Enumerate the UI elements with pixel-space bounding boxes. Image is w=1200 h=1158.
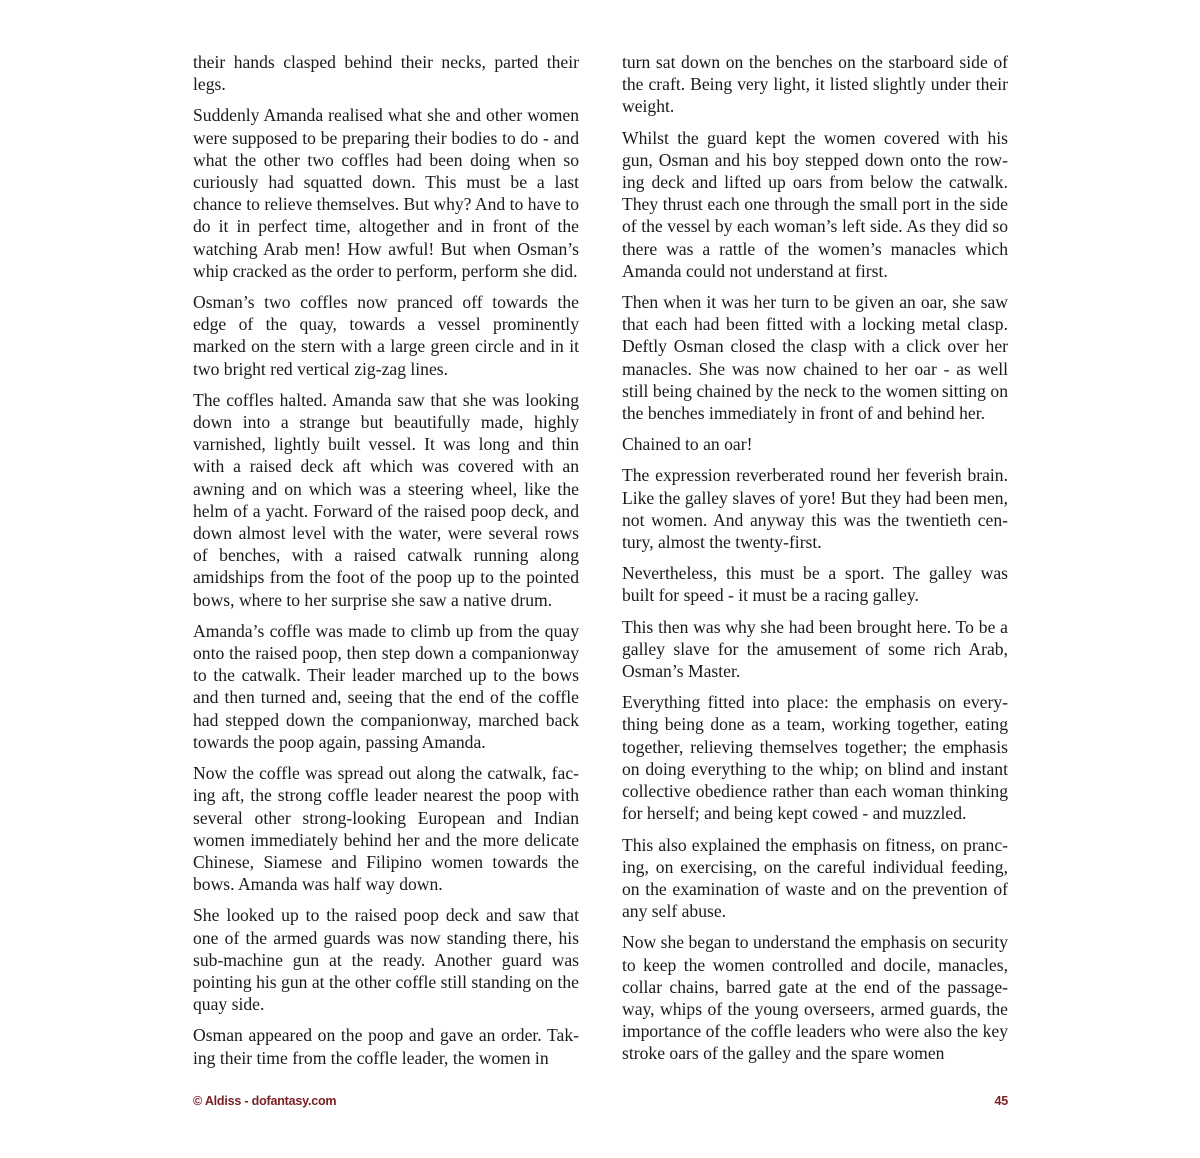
paragraph: She looked up to the raised poop deck an…	[193, 904, 579, 1015]
paragraph: Now the coffle was spread out along the …	[193, 762, 579, 895]
paragraph: The coffles halted. Amanda saw that she …	[193, 389, 579, 611]
paragraph: Whilst the guard kept the women covered …	[622, 127, 1008, 282]
paragraph: Then when it was her turn to be given an…	[622, 291, 1008, 424]
paragraph: Osman appeared on the poop and gave an o…	[193, 1024, 579, 1068]
paragraph: The expression reverberated round her fe…	[622, 464, 1008, 553]
paragraph: turn sat down on the benches on the star…	[622, 51, 1008, 118]
paragraph: Amanda’s coffle was made to climb up fro…	[193, 620, 579, 753]
paragraph: Chained to an oar!	[622, 433, 1008, 455]
paragraph: Everything fitted into place: the emphas…	[622, 691, 1008, 824]
paragraph: Osman’s two coffles now pranced off towa…	[193, 291, 579, 380]
paragraph: This also explained the emphasis on fitn…	[622, 834, 1008, 923]
paragraph: Nevertheless, this must be a sport. The …	[622, 562, 1008, 606]
paragraph: This then was why she had been brought h…	[622, 616, 1008, 683]
paragraph: Now she began to understand the emphasis…	[622, 931, 1008, 1064]
page-number: 45	[994, 1094, 1008, 1108]
right-text-column: turn sat down on the benches on the star…	[622, 51, 1008, 1074]
paragraph: Suddenly Amanda realised what she and ot…	[193, 104, 579, 282]
copyright-notice: © Aldiss - dofantasy.com	[193, 1094, 336, 1108]
left-text-column: their hands clasped behind their necks, …	[193, 51, 579, 1078]
paragraph: their hands clasped behind their necks, …	[193, 51, 579, 95]
book-page: their hands clasped behind their necks, …	[0, 0, 1200, 1158]
